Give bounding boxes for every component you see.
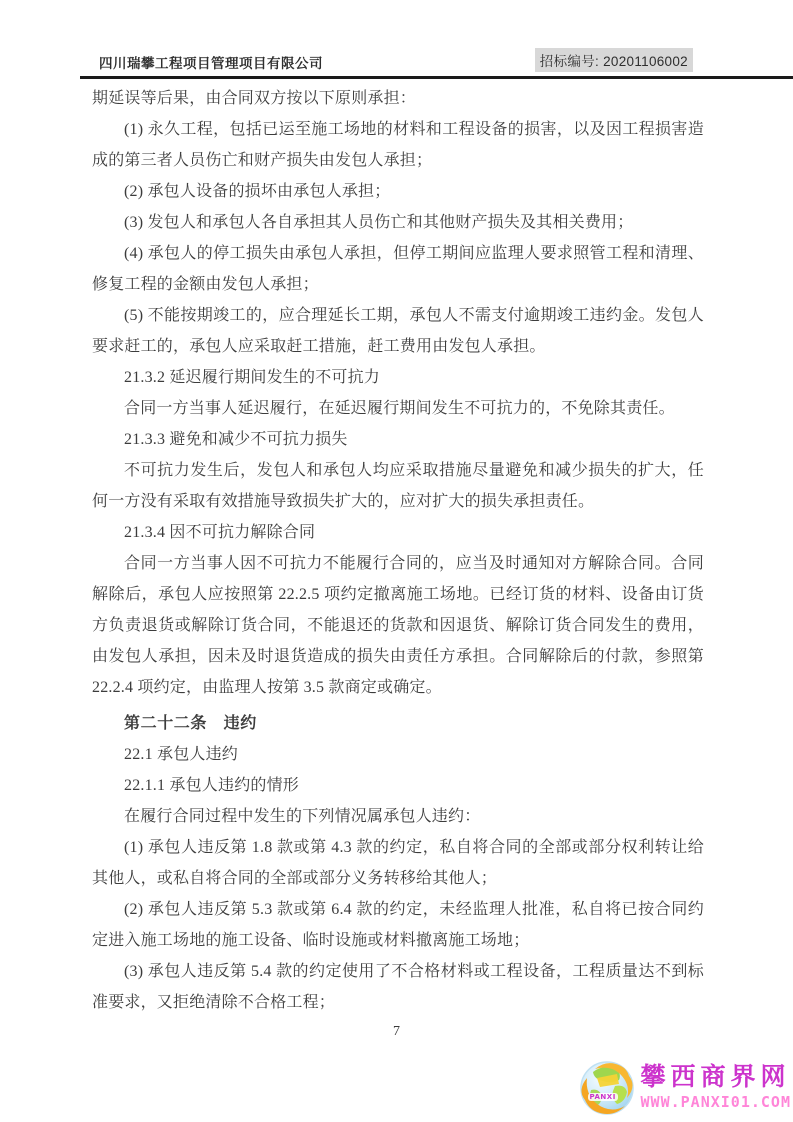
paragraph: 22.1 承包人违约 xyxy=(92,739,704,770)
paragraph: 21.3.2 延迟履行期间发生的不可抗力 xyxy=(92,362,704,393)
paragraph: (1) 承包人违反第 1.8 款或第 4.3 款的约定，私自将合同的全部或部分权… xyxy=(92,832,704,894)
paragraph: (3) 发包人和承包人各自承担其人员伤亡和其他财产损失及其相关费用； xyxy=(92,207,704,238)
paragraph: 合同一方当事人延迟履行，在延迟履行期间发生不可抗力的，不免除其责任。 xyxy=(92,393,704,424)
paragraph: 期延误等后果，由合同双方按以下原则承担： xyxy=(92,83,704,114)
site-watermark: PANXI 攀西商界网 WWW.PANXI01.COM xyxy=(575,1056,791,1120)
company-name: 四川瑞攀工程项目管理项目有限公司 xyxy=(80,52,323,72)
paragraph: 第二十二条 违约 xyxy=(92,708,704,739)
watermark-site-url: WWW.PANXI01.COM xyxy=(641,1092,791,1112)
paragraph: 在履行合同过程中发生的下列情况属承包人违约： xyxy=(92,801,704,832)
paragraphs: 期延误等后果，由合同双方按以下原则承担：(1) 永久工程，包括已运至施工场地的材… xyxy=(92,83,704,1018)
bid-number-badge: 招标编号: 20201106002 xyxy=(535,48,693,72)
paragraph: 21.3.4 因不可抗力解除合同 xyxy=(92,517,704,548)
globe-logo-text: PANXI xyxy=(588,1093,618,1101)
page-number: 7 xyxy=(0,1024,793,1040)
paragraph: 不可抗力发生后，发包人和承包人均应采取措施尽量避免和减少损失的扩大，任何一方没有… xyxy=(92,455,704,517)
watermark-site-name: 攀西商界网 xyxy=(641,1064,791,1092)
paragraph: (2) 承包人违反第 5.3 款或第 6.4 款的约定，未经监理人批准，私自将已… xyxy=(92,894,704,956)
globe-icon: PANXI xyxy=(575,1056,639,1120)
paragraph: 22.1.1 承包人违约的情形 xyxy=(92,770,704,801)
page-header: 四川瑞攀工程项目管理项目有限公司 招标编号: 20201106002 xyxy=(80,48,793,79)
watermark-text: 攀西商界网 WWW.PANXI01.COM xyxy=(641,1064,791,1112)
paragraph: 合同一方当事人因不可抗力不能履行合同的，应当及时通知对方解除合同。合同解除后，承… xyxy=(92,548,704,703)
paragraph: (3) 承包人违反第 5.4 款的约定使用了不合格材料或工程设备，工程质量达不到… xyxy=(92,956,704,1018)
paragraph: (4) 承包人的停工损失由承包人承担，但停工期间应监理人要求照管工程和清理、修复… xyxy=(92,238,704,300)
paragraph: (2) 承包人设备的损坏由承包人承担； xyxy=(92,176,704,207)
paragraph: (1) 永久工程，包括已运至施工场地的材料和工程设备的损害，以及因工程损害造成的… xyxy=(92,114,704,176)
paragraph: 21.3.3 避免和减少不可抗力损失 xyxy=(92,424,704,455)
paragraph: (5) 不能按期竣工的，应合理延长工期，承包人不需支付逾期竣工违约金。发包人要求… xyxy=(92,300,704,362)
document-page: 四川瑞攀工程项目管理项目有限公司 招标编号: 20201106002 期延误等后… xyxy=(0,0,793,1122)
